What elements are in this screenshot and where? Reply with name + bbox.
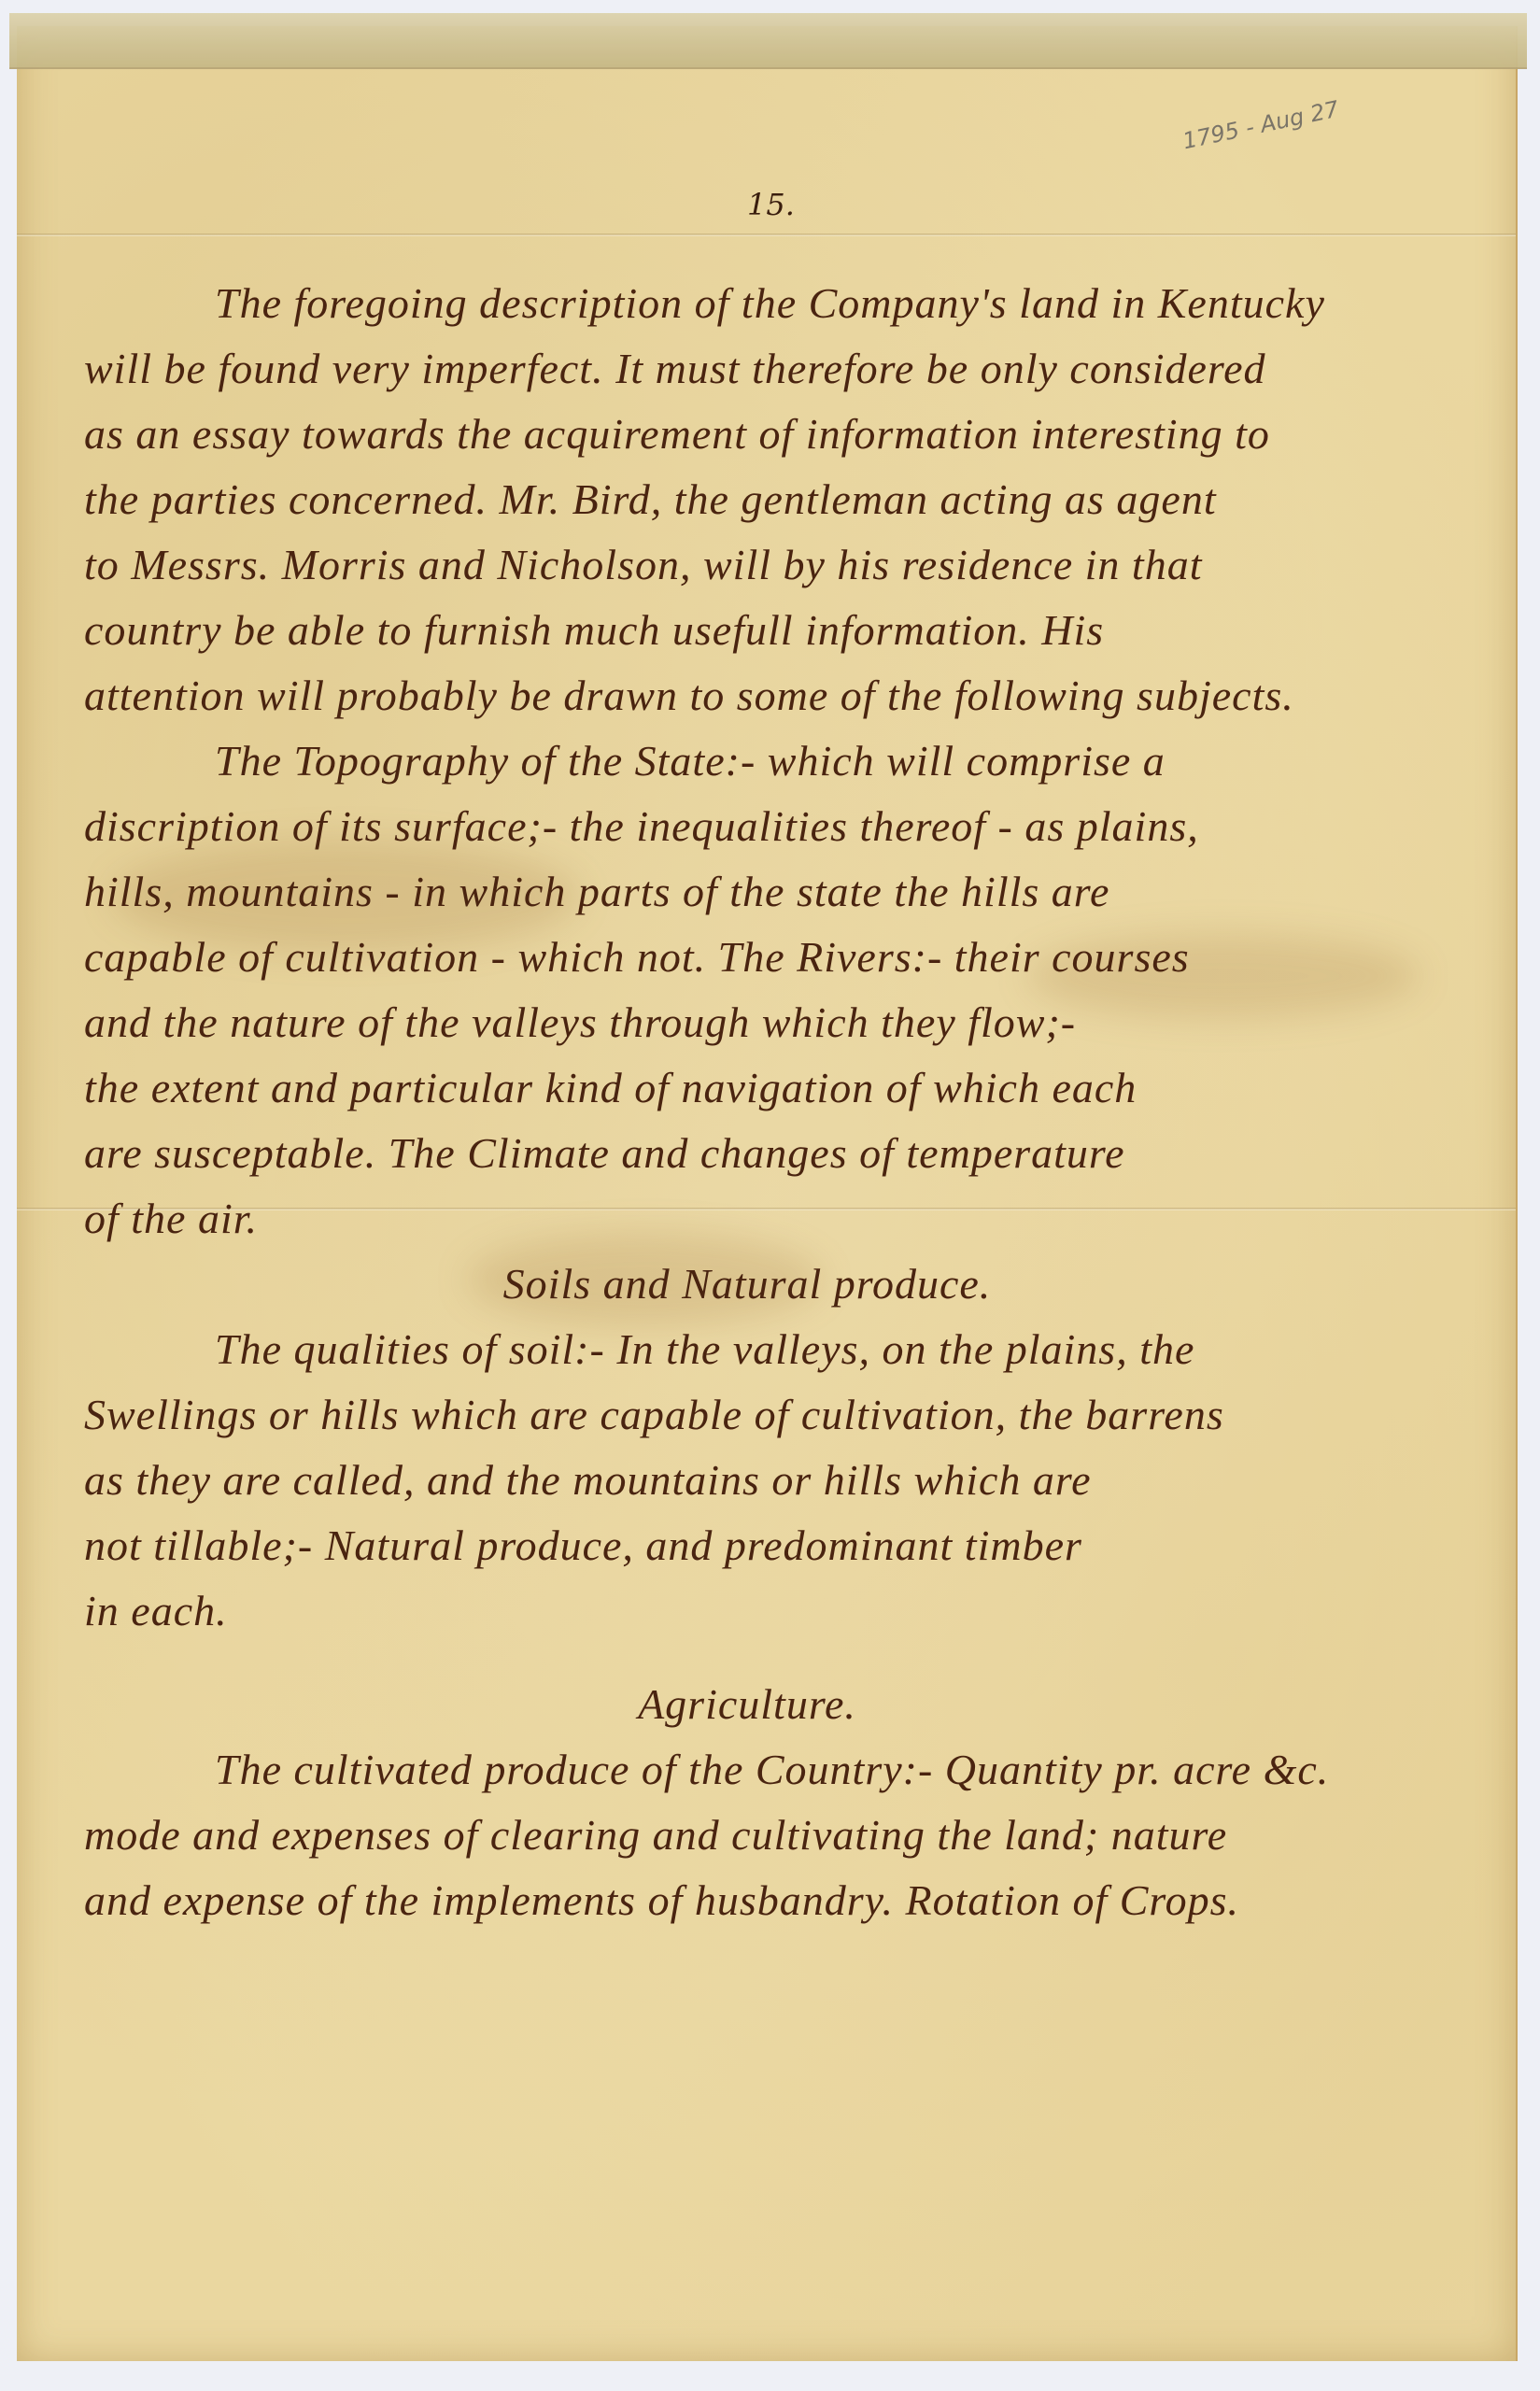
text-line: in each. (84, 1578, 1485, 1644)
page-number: 15. (747, 187, 795, 222)
text-line: not tillable;- Natural produce, and pred… (84, 1513, 1485, 1578)
text-line: hills, mountains - in which parts of the… (84, 859, 1485, 925)
paragraph-agriculture: The cultivated produce of the Country:- … (84, 1737, 1485, 1933)
text-line: and expense of the implements of husband… (84, 1868, 1485, 1933)
text-line: country be able to furnish much usefull … (84, 598, 1485, 663)
preservation-tape-strip (9, 13, 1527, 69)
text-line: as they are called, and the mountains or… (84, 1448, 1485, 1513)
text-line: The cultivated produce of the Country:- … (84, 1737, 1485, 1803)
paragraph-intro: The foregoing description of the Company… (84, 271, 1485, 729)
text-line: to Messrs. Morris and Nicholson, will by… (84, 532, 1485, 598)
text-line: of the air. (84, 1186, 1485, 1252)
text-line: discription of its surface;- the inequal… (84, 794, 1485, 859)
section-heading-soils: Soils and Natural produce. (84, 1252, 1485, 1317)
top-fold-line (17, 233, 1516, 236)
text-line: The Topography of the State:- which will… (84, 729, 1485, 794)
manuscript-text: The foregoing description of the Company… (84, 271, 1485, 1933)
text-line: The qualities of soil:- In the valleys, … (84, 1317, 1485, 1382)
text-line: the parties concerned. Mr. Bird, the gen… (84, 467, 1485, 532)
section-heading-agriculture: Agriculture. (84, 1672, 1485, 1737)
paragraph-soils: The qualities of soil:- In the valleys, … (84, 1317, 1485, 1644)
text-line: The foregoing description of the Company… (84, 271, 1485, 336)
text-line: Swellings or hills which are capable of … (84, 1382, 1485, 1448)
text-line: and the nature of the valleys through wh… (84, 990, 1485, 1055)
text-line: capable of cultivation - which not. The … (84, 925, 1485, 990)
paragraph-topography: The Topography of the State:- which will… (84, 729, 1485, 1252)
text-line: the extent and particular kind of naviga… (84, 1055, 1485, 1121)
text-line: will be found very imperfect. It must th… (84, 336, 1485, 402)
text-line: attention will probably be drawn to some… (84, 663, 1485, 729)
text-line: are susceptable. The Climate and changes… (84, 1121, 1485, 1186)
text-line: mode and expenses of clearing and cultiv… (84, 1803, 1485, 1868)
text-line: as an essay towards the acquirement of i… (84, 402, 1485, 467)
